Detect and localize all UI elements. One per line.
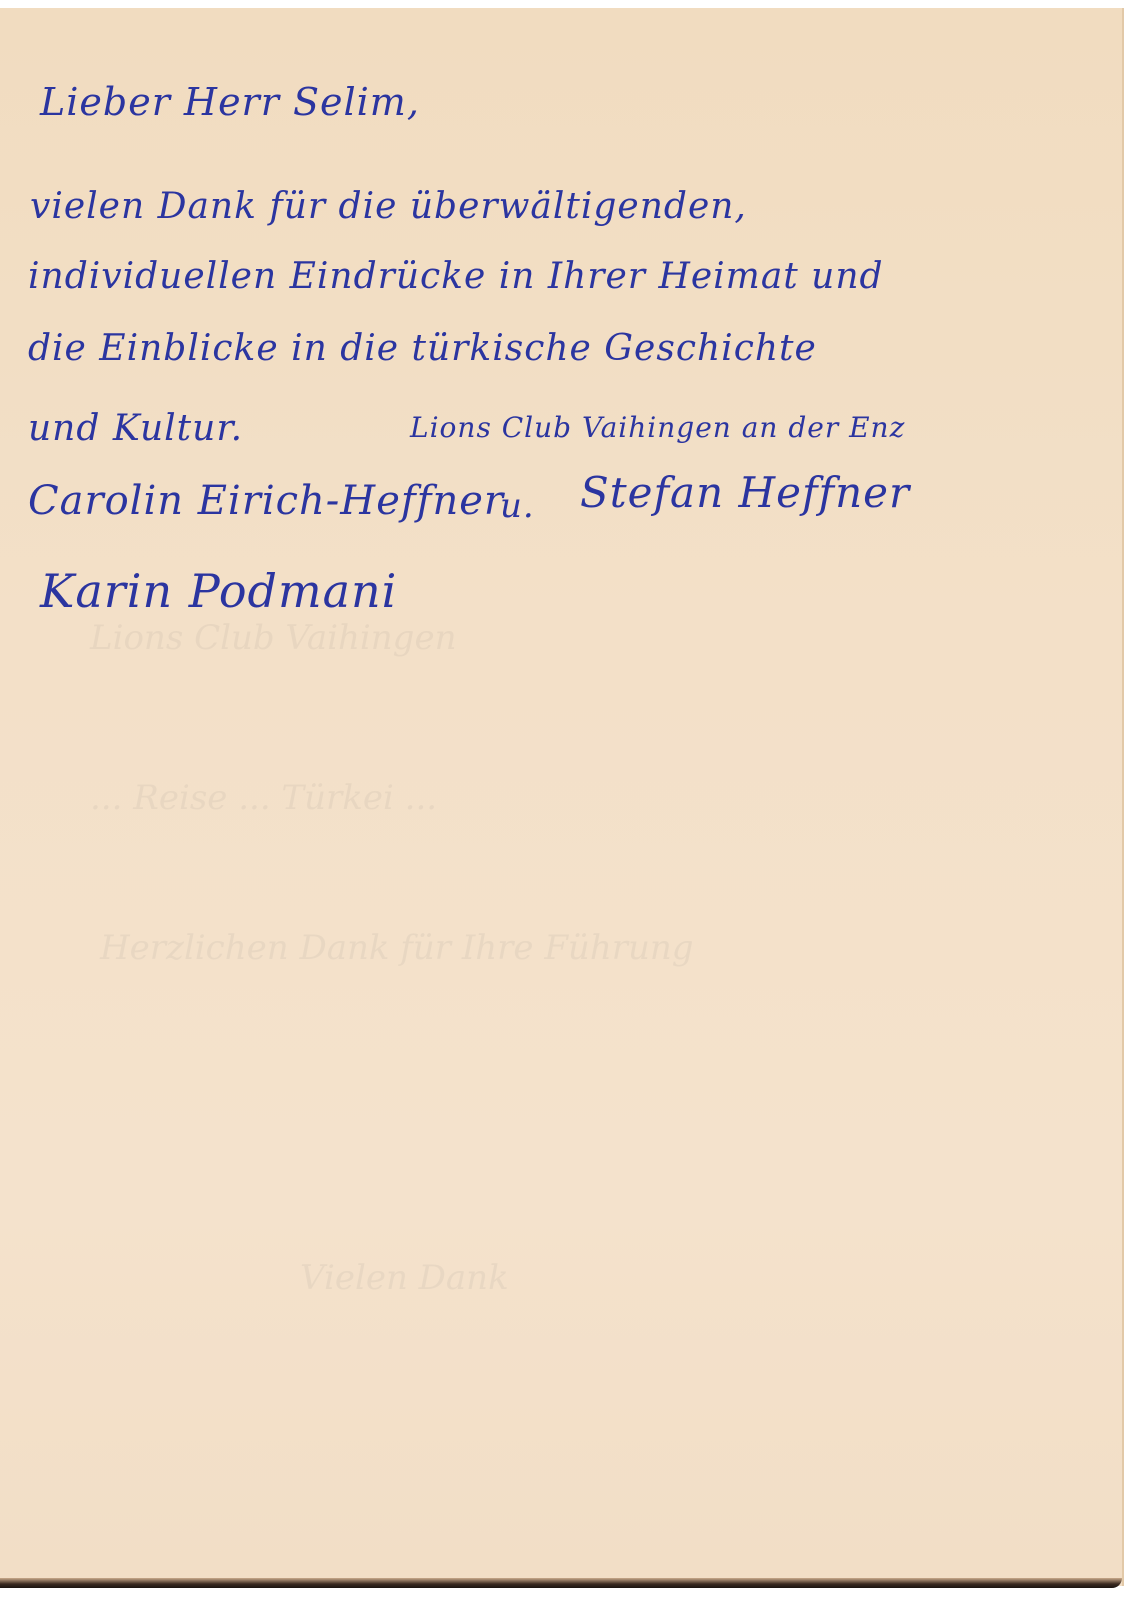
letter-page: Lions Club Vaihingen ... Reise ... Türke…: [0, 8, 1124, 1586]
page-bottom-edge: [0, 1578, 1122, 1588]
bleed-through-text: Lions Club Vaihingen: [90, 618, 456, 658]
body-line: individuellen Eindrücke in Ihrer Heimat …: [28, 256, 884, 297]
salutation: Lieber Herr Selim,: [40, 80, 420, 124]
signature-carolin: Carolin Eirich-Heffner: [28, 478, 504, 524]
bleed-through-text: Vielen Dank: [300, 1258, 509, 1298]
body-line: vielen Dank für die überwältigenden,: [30, 186, 747, 227]
bleed-through-text: ... Reise ... Türkei ...: [90, 778, 437, 818]
signature-conjunction: u.: [500, 486, 535, 526]
signature-stefan: Stefan Heffner: [580, 468, 910, 517]
signature-karin: Karin Podmani: [40, 564, 397, 618]
organization-name: Lions Club Vaihingen an der Enz: [410, 411, 905, 444]
bleed-through-text: Herzlichen Dank für Ihre Führung: [100, 928, 694, 968]
body-line: und Kultur.: [28, 408, 243, 449]
body-line: die Einblicke in die türkische Geschicht…: [28, 328, 817, 369]
